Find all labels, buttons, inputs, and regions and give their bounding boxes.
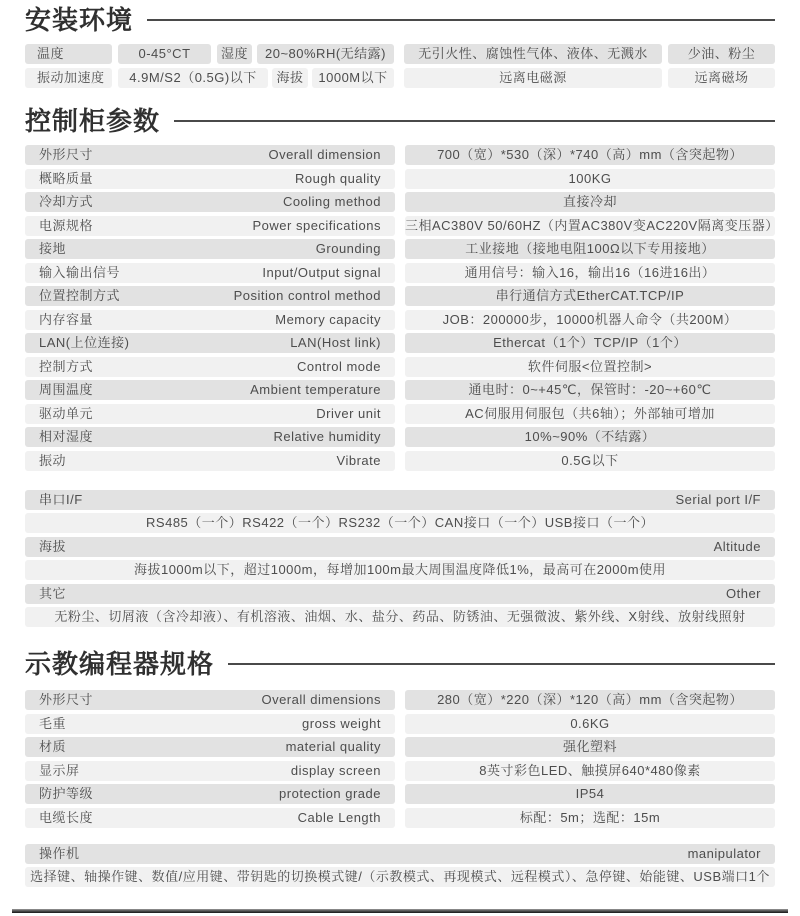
other-value: 无粉尘、切屑液（含冷却液）、有机溶液、油烟、水、盐分、药品、防锈油、无强微波、紫… (25, 607, 775, 627)
spec-label-cell: 振动 Vibrate (25, 451, 395, 471)
spec-row-overall-dimension: 外形尺寸 Overall dimension 700（宽）*530（深）*740… (25, 145, 775, 165)
spec-label-en: Cooling method (283, 192, 381, 212)
section-header: 示教编程器规格 (25, 649, 775, 679)
spec-label-zh: 位置控制方式 (39, 286, 120, 306)
spec-label-en: gross weight (302, 714, 381, 734)
spec-label-en: Grounding (316, 239, 381, 259)
spec-label-zh: 相对湿度 (39, 427, 93, 447)
spec-label-zh: 操作机 (39, 844, 80, 864)
atmosphere-value: 无引火性、腐蚀性气体、液体、无溅水 (404, 44, 662, 64)
spec-label-zh: 周围温度 (39, 380, 93, 400)
altitude-header: 海拔 Altitude (25, 537, 775, 557)
section-pendant-specs: 示教编程器规格 外形尺寸 Overall dimensions 280（宽）*2… (25, 649, 775, 887)
section-title: 控制柜参数 (25, 106, 160, 136)
magnetic-value: 远离磁场 (668, 68, 775, 88)
spec-value: 8英寸彩色LED、触摸屏640*480像素 (405, 761, 775, 781)
spec-row-control-mode: 控制方式 Control mode 软件伺服<位置控制> (25, 357, 775, 377)
spec-label-zh: 振动 (39, 451, 66, 471)
spec-row-overall-dimensions: 外形尺寸 Overall dimensions 280（宽）*220（深）*12… (25, 690, 775, 710)
spec-value: 直接冷却 (405, 192, 775, 212)
spec-label-en: Input/Output signal (262, 263, 381, 283)
spec-row-driver-unit: 驱动单元 Driver unit AC伺服用伺服包（共6轴）；外部轴可增加 (25, 404, 775, 424)
spec-label-en: Rough quality (295, 169, 381, 189)
spec-row-vibrate: 振动 Vibrate 0.5G以下 (25, 451, 775, 471)
spec-label-cell: 相对湿度 Relative humidity (25, 427, 395, 447)
humidity-value: 20~80%RH(无结露) (257, 44, 394, 64)
spec-label-zh: 电缆长度 (39, 808, 93, 828)
vibration-accel-value: 4.9M/S2（0.5G)以下 (118, 68, 268, 88)
altitude-value: 1000M以下 (312, 68, 394, 88)
spec-label-zh: 驱动单元 (39, 404, 93, 424)
spec-label-zh: LAN(上位连接) (39, 333, 129, 353)
spec-label-cell: 输入输出信号 Input/Output signal (25, 263, 395, 283)
spec-label-zh: 概略质量 (39, 169, 93, 189)
spec-label-zh: 外形尺寸 (39, 690, 93, 710)
spec-label-zh: 串口I/F (39, 490, 83, 510)
spec-label-zh: 其它 (39, 584, 66, 604)
spec-label-cell: 电源规格 Power specifications (25, 216, 395, 236)
spec-value: 强化塑料 (405, 737, 775, 757)
spec-value: 0.6KG (405, 714, 775, 734)
spec-row-display-screen: 显示屏 display screen 8英寸彩色LED、触摸屏640*480像素 (25, 761, 775, 781)
spec-label-en: Power specifications (253, 216, 382, 236)
spec-label-zh: 材质 (39, 737, 66, 757)
spec-label-en: Relative humidity (274, 427, 382, 447)
pendant-table: 外形尺寸 Overall dimensions 280（宽）*220（深）*12… (25, 690, 775, 828)
spec-label-en: Overall dimensions (261, 690, 381, 710)
spec-row-ambient-temperature: 周围温度 Ambient temperature 通电时：0~+45℃，保管时：… (25, 380, 775, 400)
spec-value: 通用信号：输入16，输出16（16进16出） (405, 263, 775, 283)
altitude-spec-value: 海拔1000m以下，超过1000m，每增加100m最大周围温度降低1%，最高可在… (25, 560, 775, 580)
spec-label-en: Vibrate (337, 451, 381, 471)
spec-label-cell: 外形尺寸 Overall dimensions (25, 690, 395, 710)
section-cabinet-params: 控制柜参数 外形尺寸 Overall dimension 700（宽）*530（… (25, 106, 775, 627)
spec-value: 标配：5m；选配：15m (405, 808, 775, 828)
spec-row-rough-quality: 概略质量 Rough quality 100KG (25, 169, 775, 189)
spec-label-en: Overall dimension (268, 145, 381, 165)
temperature-value: 0-45°CT (118, 44, 211, 64)
cabinet-extra-table: 串口I/F Serial port I/F RS485（一个）RS422（一个）… (25, 490, 775, 628)
spec-label-cell: 位置控制方式 Position control method (25, 286, 395, 306)
spec-label-en: display screen (291, 761, 381, 781)
spec-row-position-control: 位置控制方式 Position control method 串行通信方式Eth… (25, 286, 775, 306)
spec-label-en: Ambient temperature (250, 380, 381, 400)
spec-label-zh: 内存容量 (39, 310, 93, 330)
bottom-divider-bar (12, 909, 788, 913)
temperature-label: 温度 (25, 44, 112, 64)
section-header: 控制柜参数 (25, 106, 775, 136)
spec-label-cell: LAN(上位连接) LAN(Host link) (25, 333, 395, 353)
section-install-env: 安装环境 温度 0-45°CT 湿度 20~80%RH(无结露) 无引火性、腐蚀… (25, 5, 775, 88)
spec-row-cable-length: 电缆长度 Cable Length 标配：5m；选配：15m (25, 808, 775, 828)
spec-row-gross-weight: 毛重 gross weight 0.6KG (25, 714, 775, 734)
emi-value: 远离电磁源 (404, 68, 662, 88)
oil-dust-value: 少油、粉尘 (668, 44, 775, 64)
spec-label-en: protection grade (279, 784, 381, 804)
title-rule (174, 120, 775, 122)
spec-label-en: Serial port I/F (675, 490, 761, 510)
spec-label-cell: 外形尺寸 Overall dimension (25, 145, 395, 165)
spec-label-en: Memory capacity (275, 310, 381, 330)
humidity-label: 湿度 (217, 44, 252, 64)
section-title: 安装环境 (25, 5, 133, 35)
spec-value: 10%~90%（不结露） (405, 427, 775, 447)
manipulator-value: 选择键、轴操作键、数值/应用键、带钥匙的切换模式键/（示教模式、再现模式、远程模… (25, 867, 775, 887)
spec-label-en: Altitude (714, 537, 761, 557)
spec-value: 工业接地（接地电阻100Ω以下专用接地） (405, 239, 775, 259)
spec-row-material-quality: 材质 material quality 强化塑料 (25, 737, 775, 757)
spec-value: 280（宽）*220（深）*120（高）mm（含突起物） (405, 690, 775, 710)
spec-label-zh: 毛重 (39, 714, 66, 734)
spec-label-en: material quality (286, 737, 381, 757)
spec-label-cell: 周围温度 Ambient temperature (25, 380, 395, 400)
cabinet-table: 外形尺寸 Overall dimension 700（宽）*530（深）*740… (25, 145, 775, 471)
spec-label-zh: 海拔 (39, 537, 66, 557)
serial-port-value: RS485（一个）RS422（一个）RS232（一个）CAN接口（一个）USB接… (25, 513, 775, 533)
spec-value: 串行通信方式EtherCAT.TCP/IP (405, 286, 775, 306)
spec-row-memory-capacity: 内存容量 Memory capacity JOB：200000步，10000机器… (25, 310, 775, 330)
spec-value: 通电时：0~+45℃，保管时：-20~+60℃ (405, 380, 775, 400)
manipulator-table: 操作机 manipulator 选择键、轴操作键、数值/应用键、带钥匙的切换模式… (25, 844, 775, 888)
spec-label-zh: 控制方式 (39, 357, 93, 377)
spec-label-cell: 内存容量 Memory capacity (25, 310, 395, 330)
spec-label-en: LAN(Host link) (290, 333, 381, 353)
manipulator-header: 操作机 manipulator (25, 844, 775, 864)
spec-row-protection-grade: 防护等级 protection grade IP54 (25, 784, 775, 804)
spec-value: 三相AC380V 50/60HZ（内置AC380V变AC220V隔离变压器） (405, 216, 775, 236)
spec-value: 0.5G以下 (405, 451, 775, 471)
section-header: 安装环境 (25, 5, 775, 35)
spec-value: AC伺服用伺服包（共6轴）；外部轴可增加 (405, 404, 775, 424)
spec-row-lan-host-link: LAN(上位连接) LAN(Host link) Ethercat（1个）TCP… (25, 333, 775, 353)
spec-label-en: Cable Length (298, 808, 381, 828)
spec-value: 700（宽）*530（深）*740（高）mm（含突起物） (405, 145, 775, 165)
altitude-label: 海拔 (272, 68, 308, 88)
spec-label-zh: 接地 (39, 239, 66, 259)
spec-row-cooling-method: 冷却方式 Cooling method 直接冷却 (25, 192, 775, 212)
spec-label-cell: 材质 material quality (25, 737, 395, 757)
spec-label-en: manipulator (688, 844, 761, 864)
env-row-2: 振动加速度 4.9M/S2（0.5G)以下 海拔 1000M以下 远离电磁源 远… (25, 68, 775, 88)
spec-label-zh: 防护等级 (39, 784, 93, 804)
spec-value: Ethercat（1个）TCP/IP（1个） (405, 333, 775, 353)
spec-label-en: Position control method (234, 286, 381, 306)
spec-label-cell: 概略质量 Rough quality (25, 169, 395, 189)
spec-label-cell: 控制方式 Control mode (25, 357, 395, 377)
spec-row-io-signal: 输入输出信号 Input/Output signal 通用信号：输入16，输出1… (25, 263, 775, 283)
title-rule (228, 663, 775, 665)
spec-value: 软件伺服<位置控制> (405, 357, 775, 377)
spec-row-power-specifications: 电源规格 Power specifications 三相AC380V 50/60… (25, 216, 775, 236)
spec-label-cell: 电缆长度 Cable Length (25, 808, 395, 828)
spec-row-grounding: 接地 Grounding 工业接地（接地电阻100Ω以下专用接地） (25, 239, 775, 259)
spec-label-en: Control mode (297, 357, 381, 377)
vibration-accel-label: 振动加速度 (25, 68, 112, 88)
spec-label-cell: 防护等级 protection grade (25, 784, 395, 804)
spec-row-relative-humidity: 相对湿度 Relative humidity 10%~90%（不结露） (25, 427, 775, 447)
serial-port-header: 串口I/F Serial port I/F (25, 490, 775, 510)
env-table: 温度 0-45°CT 湿度 20~80%RH(无结露) 无引火性、腐蚀性气体、液… (25, 44, 775, 88)
spec-label-en: Driver unit (316, 404, 381, 424)
spec-value: IP54 (405, 784, 775, 804)
spec-label-en: Other (726, 584, 761, 604)
spec-label-cell: 驱动单元 Driver unit (25, 404, 395, 424)
section-title: 示教编程器规格 (25, 649, 214, 679)
spec-value: 100KG (405, 169, 775, 189)
spec-value: JOB：200000步，10000机器人命令（共200M） (405, 310, 775, 330)
spec-label-zh: 输入输出信号 (39, 263, 120, 283)
env-row-1: 温度 0-45°CT 湿度 20~80%RH(无结露) 无引火性、腐蚀性气体、液… (25, 44, 775, 64)
spec-label-cell: 接地 Grounding (25, 239, 395, 259)
spec-label-zh: 冷却方式 (39, 192, 93, 212)
spec-label-zh: 显示屏 (39, 761, 80, 781)
title-rule (147, 19, 775, 21)
spec-label-cell: 冷却方式 Cooling method (25, 192, 395, 212)
spec-label-cell: 毛重 gross weight (25, 714, 395, 734)
spec-label-cell: 显示屏 display screen (25, 761, 395, 781)
spec-label-zh: 外形尺寸 (39, 145, 93, 165)
other-header: 其它 Other (25, 584, 775, 604)
spec-label-zh: 电源规格 (39, 216, 93, 236)
